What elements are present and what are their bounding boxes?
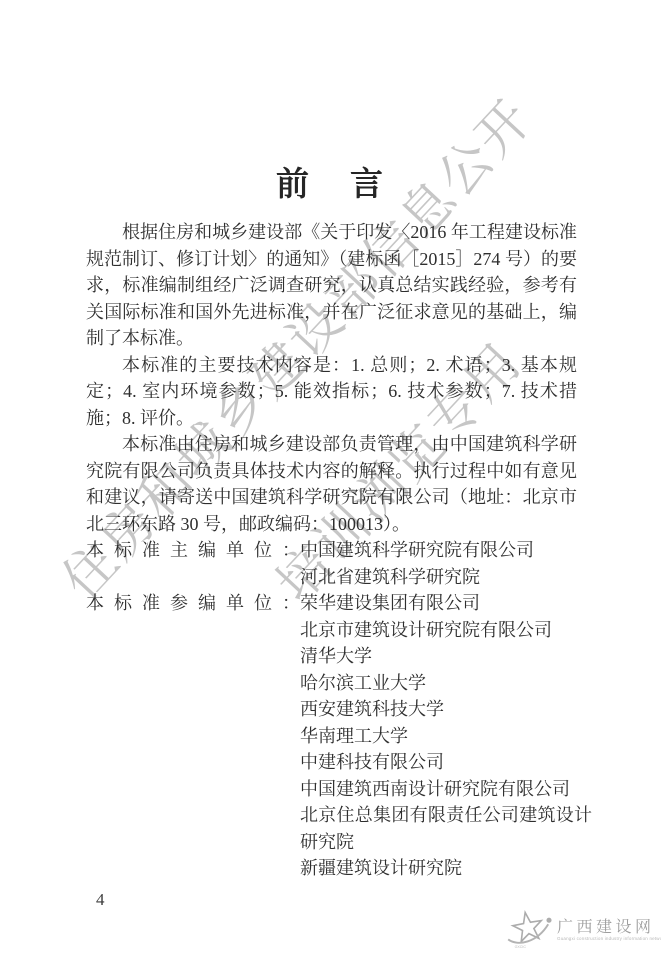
org-name: 北京住总集团有限责任公司建筑设计研究院: [300, 802, 592, 855]
participating-editor-orgs: 荣华建设集团有限公司 北京市建筑设计研究院有限公司 清华大学 哈尔滨工业大学 西…: [300, 590, 592, 882]
page-title: 前 言: [86, 158, 577, 205]
editing-organizations: 本标准主编单位 ： 中国建筑科学研究院有限公司 河北省建筑科学研究院 本标准参编…: [86, 537, 577, 882]
org-name: 中国建筑科学研究院有限公司: [300, 537, 592, 564]
chief-editor-row: 本标准主编单位 ： 中国建筑科学研究院有限公司 河北省建筑科学研究院: [86, 537, 577, 590]
preface-paragraph-2: 本标准的主要技术内容是：1. 总则；2. 术语；3. 基本规定；4. 室内环境参…: [86, 352, 577, 432]
org-name: 中国建筑西南设计研究院有限公司: [300, 776, 592, 803]
org-name: 西安建筑科技大学: [300, 696, 592, 723]
participating-editor-colon: ：: [282, 590, 300, 617]
chief-editor-colon: ：: [282, 537, 300, 564]
site-logo: GXCIC 广西建设网 Guangxi construction industr…: [505, 906, 657, 952]
preface-paragraph-3: 本标准由住房和城乡建设部负责管理，由中国建筑科学研究院有限公司负责具体技术内容的…: [86, 431, 577, 537]
content-column: 前 言 根据住房和城乡建设部《关于印发〈2016 年工程建设标准规范制订、修订计…: [86, 0, 577, 882]
site-name: 广西建设网: [557, 919, 661, 936]
star-caption: GXCIC: [515, 945, 527, 949]
org-name: 华南理工大学: [300, 723, 592, 750]
logo-text-block: 广西建设网 Guangxi construction industry info…: [557, 906, 661, 942]
chief-editor-orgs: 中国建筑科学研究院有限公司 河北省建筑科学研究院: [300, 537, 592, 590]
page-number: 4: [96, 890, 105, 910]
org-name: 北京市建筑设计研究院有限公司: [300, 617, 592, 644]
org-name: 荣华建设集团有限公司: [300, 590, 592, 617]
site-tagline: Guangxi construction industry informatio…: [557, 936, 661, 942]
org-name: 河北省建筑科学研究院: [300, 564, 592, 591]
preface-paragraph-1: 根据住房和城乡建设部《关于印发〈2016 年工程建设标准规范制订、修订计划〉的通…: [86, 219, 577, 352]
participating-editor-row: 本标准参编单位 ： 荣华建设集团有限公司 北京市建筑设计研究院有限公司 清华大学…: [86, 590, 577, 882]
org-name: 清华大学: [300, 643, 592, 670]
participating-editor-label: 本标准参编单位: [86, 590, 282, 617]
org-name: 新疆建筑设计研究院: [300, 855, 592, 882]
org-name: 中建科技有限公司: [300, 749, 592, 776]
document-page: 住房和城乡建设部信息公开 培训浏览专用 前 言 根据住房和城乡建设部《关于印发〈…: [0, 0, 661, 958]
org-name: 哈尔滨工业大学: [300, 670, 592, 697]
chief-editor-label: 本标准主编单位: [86, 537, 282, 564]
star-icon: GXCIC: [505, 906, 553, 952]
